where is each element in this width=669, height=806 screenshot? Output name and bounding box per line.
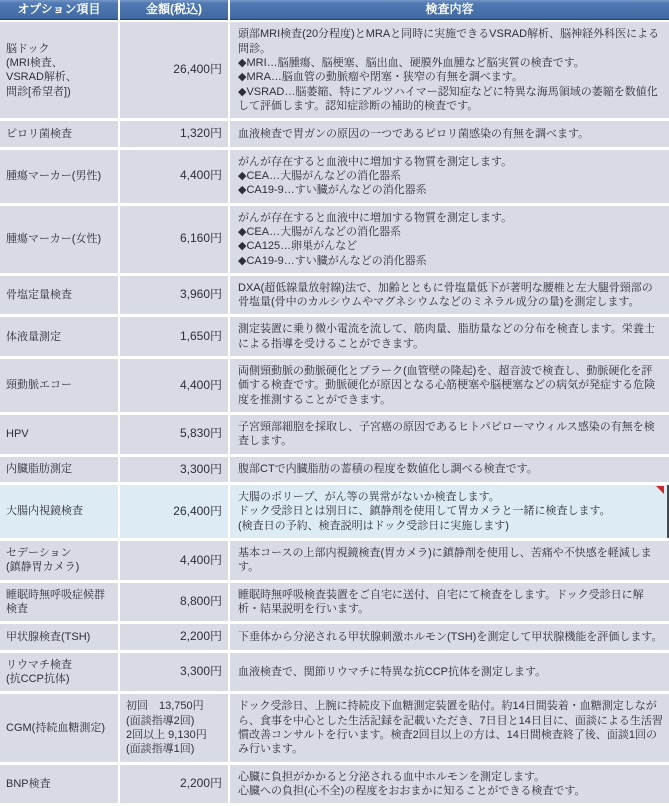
option-price-cell: 4,400円 — [120, 359, 228, 412]
option-price-cell: 3,300円 — [120, 457, 228, 483]
option-description-cell: 頭部MRI検査(20分程度)とMRAと同時に実施できるVSRAD解析、脳神経外科… — [230, 22, 669, 118]
table-row: CGM(持続血糖測定) 初回 13,750円 (面談指導2回) 2回以上 9,1… — [0, 694, 669, 761]
option-price-cell: 6,160円 — [120, 206, 228, 273]
option-description: 測定装置に乗り微小電流を流して、筋肉量、脂肪量などの分布を検査します。栄養士によ… — [238, 322, 663, 351]
option-description: 睡眠時無呼吸検査装置をご自宅に送付、自宅にて検査をします。ドック受診日に解析・結… — [238, 588, 663, 617]
option-name-cell: BNP検査 — [0, 765, 118, 804]
option-description-cell: 測定装置に乗り微小電流を流して、筋肉量、脂肪量などの分布を検査します。栄養士によ… — [230, 317, 669, 356]
option-description: 子宮頸部細胞を採取し、子宮癌の原因であるヒトパピローマウィルス感染の有無を検査し… — [238, 420, 663, 449]
table-row: 腫瘍マーカー(女性) 6,160円 がんが存在すると血液中に増加する物質を測定し… — [0, 206, 669, 273]
option-name-cell: 骨塩定量検査 — [0, 276, 118, 315]
option-name: 腫瘍マーカー(男性) — [6, 169, 101, 183]
option-price: 26,400円 — [173, 62, 222, 78]
option-name-cell: 体液量測定 — [0, 317, 118, 356]
table-row: 大腸内視鏡検査 26,400円 大腸のポリープ、がん等の異常がないか検査します。… — [0, 485, 669, 538]
option-name: 脳ドック (MRI検査、 VSRAD解析、 問診[希望者]) — [6, 42, 77, 99]
option-name-cell: リウマチ検査 (抗CCP抗体) — [0, 653, 118, 692]
table-row: リウマチ検査 (抗CCP抗体) 3,300円 血液検査で、関節リウマチに特異な抗… — [0, 653, 669, 692]
option-description: 大腸のポリープ、がん等の異常がないか検査します。 ドック受診日とは別日に、鎮静剤… — [238, 490, 611, 533]
option-description: がんが存在すると血液中に増加する物質を測定します。 ◆CEA…大腸がんなどの消化… — [238, 155, 512, 198]
option-price-cell: 1,320円 — [120, 121, 228, 147]
option-description-cell: 下垂体から分泌される甲状腺刺激ホルモン(TSH)を測定して甲状腺機能を評価します… — [230, 624, 669, 650]
option-name: BNP検査 — [6, 777, 51, 791]
option-description-cell: 子宮頸部細胞を採取し、子宮癌の原因であるヒトパピローマウィルス感染の有無を検査し… — [230, 415, 669, 454]
option-description: 基本コースの上部内視鏡検査(胃カメラ)に鎮静剤を使用し、苦痛や不快感を軽減します… — [238, 546, 663, 575]
option-description-cell: 血液検査で、関節リウマチに特異な抗CCP抗体を測定します。 — [230, 653, 669, 692]
table-row: 体液量測定 1,650円 測定装置に乗り微小電流を流して、筋肉量、脂肪量などの分… — [0, 317, 669, 356]
option-name: 頸動脈エコー — [6, 378, 72, 392]
option-price: 6,160円 — [180, 231, 222, 247]
option-description-cell: 血液検査で胃ガンの原因の一つであるピロリ菌感染の有無を調べます。 — [230, 121, 669, 147]
option-price: 8,800円 — [180, 594, 222, 610]
option-price: 1,650円 — [180, 329, 222, 345]
option-description: 血液検査で、関節リウマチに特異な抗CCP抗体を測定します。 — [238, 665, 546, 679]
option-price-cell: 3,960円 — [120, 276, 228, 315]
options-price-table: オプション項目 金額(税込) 検査内容 脳ドック (MRI検査、 VSRAD解析… — [0, 0, 669, 803]
option-price: 26,400円 — [173, 504, 222, 520]
option-name-cell: HPV — [0, 415, 118, 454]
option-price: 4,400円 — [180, 168, 222, 184]
column-header-option-label: オプション項目 — [18, 2, 101, 16]
option-name-cell: ピロリ菌検査 — [0, 121, 118, 147]
option-price-cell: 4,400円 — [120, 150, 228, 203]
table-row: 睡眠時無呼吸症候群検査 8,800円 睡眠時無呼吸検査装置をご自宅に送付、自宅に… — [0, 583, 669, 622]
option-name: 骨塩定量検査 — [6, 288, 72, 302]
option-price: 4,400円 — [180, 378, 222, 394]
option-description-cell: 睡眠時無呼吸検査装置をご自宅に送付、自宅にて検査をします。ドック受診日に解析・結… — [230, 583, 669, 622]
option-name: 睡眠時無呼吸症候群検査 — [6, 588, 115, 617]
option-description-cell: 両側頸動脈の動脈硬化とプラーク(血管壁の隆起)を、超音波で検査し、動脈硬化を評価… — [230, 359, 669, 412]
column-header-price: 金額(税込) — [120, 0, 228, 20]
option-price: 5,830円 — [180, 426, 222, 442]
option-description-cell: がんが存在すると血液中に増加する物質を測定します。 ◆CEA…大腸がんなどの消化… — [230, 150, 669, 203]
option-name: 体液量測定 — [6, 330, 61, 344]
option-price-cell: 4,400円 — [120, 541, 228, 580]
option-price: 初回 13,750円 (面談指導2回) 2回以上 9,130円 (面談指導1回) — [126, 699, 207, 756]
option-name-cell: 甲状腺検査(TSH) — [0, 624, 118, 650]
table-row: ピロリ菌検査 1,320円 血液検査で胃ガンの原因の一つであるピロリ菌感染の有無… — [0, 121, 669, 147]
table-header-row: オプション項目 金額(税込) 検査内容 — [0, 0, 669, 20]
table-row: 腫瘍マーカー(男性) 4,400円 がんが存在すると血液中に増加する物質を測定し… — [0, 150, 669, 203]
table-row: 甲状腺検査(TSH) 2,200円 下垂体から分泌される甲状腺刺激ホルモン(TS… — [0, 624, 669, 650]
option-price-cell: 8,800円 — [120, 583, 228, 622]
option-name-cell: 脳ドック (MRI検査、 VSRAD解析、 問診[希望者]) — [0, 22, 118, 118]
option-name-cell: 腫瘍マーカー(男性) — [0, 150, 118, 203]
option-description-cell: 基本コースの上部内視鏡検査(胃カメラ)に鎮静剤を使用し、苦痛や不快感を軽減します… — [230, 541, 669, 580]
option-description: がんが存在すると血液中に増加する物質を測定します。 ◆CEA…大腸がんなどの消化… — [238, 211, 512, 268]
option-name-cell: 大腸内視鏡検査 — [0, 485, 118, 538]
table-body: 脳ドック (MRI検査、 VSRAD解析、 問診[希望者]) 26,400円 頭… — [0, 22, 669, 803]
table-row: 脳ドック (MRI検査、 VSRAD解析、 問診[希望者]) 26,400円 頭… — [0, 22, 669, 118]
column-header-description-label: 検査内容 — [425, 2, 473, 16]
option-price-cell: 26,400円 — [120, 485, 228, 538]
option-price: 4,400円 — [180, 553, 222, 569]
option-description-cell: ドック受診日、上腕に持続皮下血糖測定装置を貼付。約14日間装着・血糖測定しながら… — [230, 694, 669, 761]
option-price-cell: 2,200円 — [120, 624, 228, 650]
option-description: 腹部CTで内臓脂肪の蓄積の程度を数値化し調べる検査です。 — [238, 462, 538, 476]
option-name: 内臓脂肪測定 — [6, 462, 72, 476]
option-description: 下垂体から分泌される甲状腺刺激ホルモン(TSH)を測定して甲状腺機能を評価します… — [238, 630, 662, 644]
option-description: ドック受診日、上腕に持続皮下血糖測定装置を貼付。約14日間装着・血糖測定しながら… — [238, 699, 663, 756]
option-name-cell: CGM(持続血糖測定) — [0, 694, 118, 761]
table-row: 頸動脈エコー 4,400円 両側頸動脈の動脈硬化とプラーク(血管壁の隆起)を、超… — [0, 359, 669, 412]
option-price-cell: 3,300円 — [120, 653, 228, 692]
option-name-cell: 腫瘍マーカー(女性) — [0, 206, 118, 273]
option-name: ピロリ菌検査 — [6, 127, 72, 141]
table-row: BNP検査 2,200円 心臓に負担がかかると分泌される血中ホルモンを測定します… — [0, 765, 669, 804]
option-price: 1,320円 — [180, 126, 222, 142]
column-header-option: オプション項目 — [0, 0, 118, 20]
option-name: 腫瘍マーカー(女性) — [6, 232, 101, 246]
option-price-cell: 5,830円 — [120, 415, 228, 454]
option-name-cell: セデーション (鎮静胃カメラ) — [0, 541, 118, 580]
table-row: 骨塩定量検査 3,960円 DXA(超低線量放射線)法で、加齢とともに骨塩量低下… — [0, 276, 669, 315]
option-description: 血液検査で胃ガンの原因の一つであるピロリ菌感染の有無を調べます。 — [238, 127, 589, 141]
option-description-cell: DXA(超低線量放射線)法で、加齢とともに骨塩量低下が著明な腰椎と左大腿骨頸部の… — [230, 276, 669, 315]
option-description: 頭部MRI検査(20分程度)とMRAと同時に実施できるVSRAD解析、脳神経外科… — [238, 27, 663, 113]
option-price-cell: 初回 13,750円 (面談指導2回) 2回以上 9,130円 (面談指導1回) — [120, 694, 228, 761]
red-arrow-marker — [656, 486, 664, 494]
option-name: 甲状腺検査(TSH) — [6, 630, 90, 644]
option-price-cell: 1,650円 — [120, 317, 228, 356]
option-name-cell: 内臓脂肪測定 — [0, 457, 118, 483]
option-description-cell: 大腸のポリープ、がん等の異常がないか検査します。 ドック受診日とは別日に、鎮静剤… — [230, 485, 667, 538]
option-description: 心臓に負担がかかると分泌される血中ホルモンを測定します。 心臓への負担(心不全)… — [238, 770, 585, 799]
option-name: セデーション (鎮静胃カメラ) — [6, 546, 79, 575]
option-name: リウマチ検査 (抗CCP抗体) — [6, 658, 72, 687]
option-name: CGM(持続血糖測定) — [6, 721, 105, 735]
option-description: 両側頸動脈の動脈硬化とプラーク(血管壁の隆起)を、超音波で検査し、動脈硬化を評価… — [238, 364, 663, 407]
option-price: 2,200円 — [180, 776, 222, 792]
option-price: 3,300円 — [180, 664, 222, 680]
option-price: 3,960円 — [180, 287, 222, 303]
option-description-cell: 心臓に負担がかかると分泌される血中ホルモンを測定します。 心臓への負担(心不全)… — [230, 765, 669, 804]
table-row: セデーション (鎮静胃カメラ) 4,400円 基本コースの上部内視鏡検査(胃カメ… — [0, 541, 669, 580]
option-price-cell: 26,400円 — [120, 22, 228, 118]
option-description-cell: 腹部CTで内臓脂肪の蓄積の程度を数値化し調べる検査です。 — [230, 457, 669, 483]
option-price: 2,200円 — [180, 629, 222, 645]
column-header-price-label: 金額(税込) — [146, 2, 202, 16]
option-price: 3,300円 — [180, 462, 222, 478]
table-row: 内臓脂肪測定 3,300円 腹部CTで内臓脂肪の蓄積の程度を数値化し調べる検査で… — [0, 457, 669, 483]
option-price-cell: 2,200円 — [120, 765, 228, 804]
column-header-description: 検査内容 — [230, 0, 669, 20]
option-name: HPV — [6, 427, 29, 441]
option-name-cell: 頸動脈エコー — [0, 359, 118, 412]
option-name-cell: 睡眠時無呼吸症候群検査 — [0, 583, 118, 622]
option-description-cell: がんが存在すると血液中に増加する物質を測定します。 ◆CEA…大腸がんなどの消化… — [230, 206, 669, 273]
table-row: HPV 5,830円 子宮頸部細胞を採取し、子宮癌の原因であるヒトパピローマウィ… — [0, 415, 669, 454]
option-name: 大腸内視鏡検査 — [6, 504, 83, 518]
option-description: DXA(超低線量放射線)法で、加齢とともに骨塩量低下が著明な腰椎と左大腿骨頸部の… — [238, 281, 663, 310]
